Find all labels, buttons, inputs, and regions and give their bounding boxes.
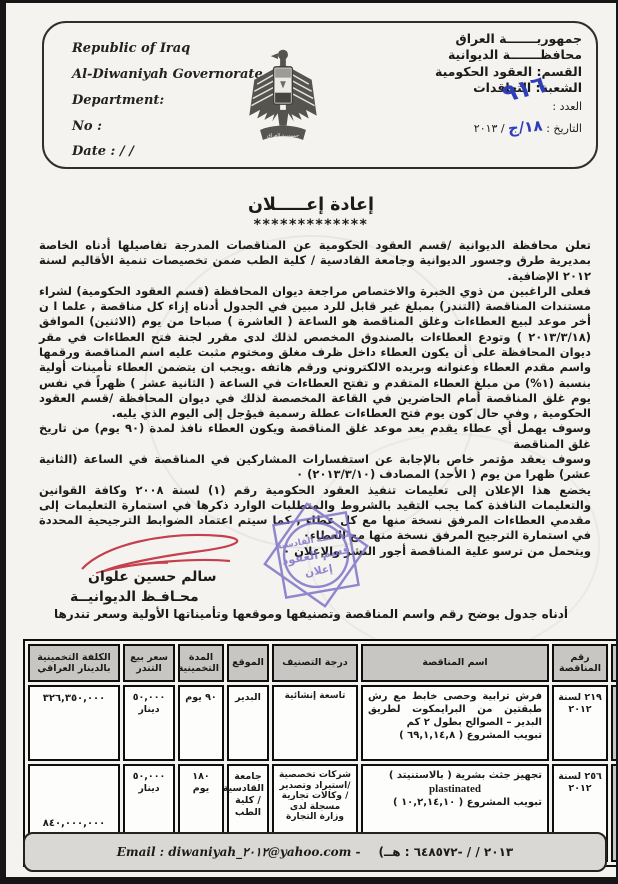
announcement-paragraph-3: وسوف يهمل أي عطاء يقدم بعد موعد غلق المن… <box>39 421 591 452</box>
column-header-name: اسم المناقصة <box>361 644 549 682</box>
row1-location: البدير <box>227 685 269 761</box>
scanned-announcement-page: Republic of Iraq Al-Diwaniyah Governorat… <box>0 0 618 884</box>
contact-email: Email : diwaniyah_٢٠١٢@yahoo.com - <box>117 845 361 859</box>
contact-phone-date: (٢٠١٣ / / -٦٤٨٥٧٢ : هــ <box>379 845 514 859</box>
arabic-date-label: التاريخ : <box>546 122 582 135</box>
contact-footer-bar: Email : diwaniyah_٢٠١٢@yahoo.com - (٢٠١٣… <box>23 832 607 872</box>
arabic-date-line: التاريخ : ١٨/ج / ٢٠١٣ <box>435 118 582 138</box>
english-department-label: Department: <box>72 93 164 108</box>
announcement-paragraph-2: فعلى الراغبين من ذوي الخبرة والاختصاص مر… <box>39 284 591 422</box>
row1-seq: ١ <box>611 685 618 761</box>
row2-seq: ٢ <box>611 764 618 862</box>
column-header-classification: درجة التصنيف <box>272 644 358 682</box>
english-governorate: Al-Diwaniyah Governorate <box>72 67 263 82</box>
english-country: Republic of Iraq <box>72 41 190 56</box>
announcement-title: إعادة إعـــــلان <box>6 195 616 215</box>
column-header-duration: المدة التخمينية <box>178 644 224 682</box>
row1-classification: تاسعة إنشائية <box>272 685 358 761</box>
handwritten-day-month: ١٨/ج <box>507 117 543 139</box>
row2-name-english: plastinated <box>368 782 542 796</box>
row1-tender-number: ٢١٩ لسنة ٢٠١٢ <box>552 685 608 761</box>
row1-project-code: تبويب المشروع ( ٦٩,١,١٤,٨ ) <box>368 729 542 742</box>
row1-tender-price: ٥٠,٠٠٠ دينار <box>123 685 175 761</box>
english-no-label: No : <box>72 119 102 134</box>
letterhead-box: Republic of Iraq Al-Diwaniyah Governorat… <box>42 21 598 169</box>
column-header-location: الموقع <box>227 644 269 682</box>
row1-tender-name: فرش ترابية وحصى خابط مع رش طبقتين من الب… <box>361 685 549 761</box>
arabic-governorate: محافظـــــــة الديوانية <box>435 47 582 63</box>
announcement-paragraph-1: تعلن محافظة الديوانية /قسم العقود الحكوم… <box>39 238 591 284</box>
governor-role: محـافـظ الديوانيــة <box>70 589 199 605</box>
row2-project-code: تبويب المشروع ( ١٠,٢,١٤,١٠ ) <box>368 796 542 809</box>
column-header-price: سعر بيع التندر <box>123 644 175 682</box>
column-header-number: رقم المناقصة <box>552 644 608 682</box>
announcement-paragraph-4: وسوف يعقد مؤتمر خاص بالإجابة عن استفسارا… <box>39 452 591 483</box>
table-header-row: ت رقم المناقصة اسم المناقصة درجة التصنيف… <box>28 644 618 682</box>
governor-name: سالم حسين علوان <box>88 569 216 585</box>
row1-estimated-cost: ٣٢٦,٣٥٠,٠٠٠ <box>28 685 120 761</box>
arabic-date-year: / ٢٠١٣ <box>474 122 505 135</box>
title-asterisk-separator: ************* <box>6 217 616 233</box>
row2-name-text: تجهيز جثث بشرية ( بالاستنيتد ) <box>368 769 542 782</box>
official-stamp: محافظة القادسية قسم العقود إعلان <box>249 488 383 622</box>
column-header-cost: الكلفة التخمينية بالدينار العراقي <box>28 644 120 682</box>
stamp-type-text: إعلان <box>304 562 334 580</box>
table-caption: أدناه جدول يوضح رقم واسم المناقصة وتصنيف… <box>6 607 616 621</box>
column-header-seq: ت <box>611 644 618 682</box>
row1-name-text: فرش ترابية وحصى خابط مع رش طبقتين من الب… <box>368 690 542 729</box>
emblem-banner-text: جمهورية العراق <box>267 133 299 139</box>
table-row: ١ ٢١٩ لسنة ٢٠١٢ فرش ترابية وحصى خابط مع … <box>28 685 618 761</box>
arabic-country: جمهوريـــــــة العراق <box>435 31 582 47</box>
iraq-eagle-emblem-icon: جمهورية العراق <box>240 43 326 151</box>
english-date-label: Date : / / <box>72 144 134 159</box>
row1-duration: ٩٠ يوم <box>178 685 224 761</box>
